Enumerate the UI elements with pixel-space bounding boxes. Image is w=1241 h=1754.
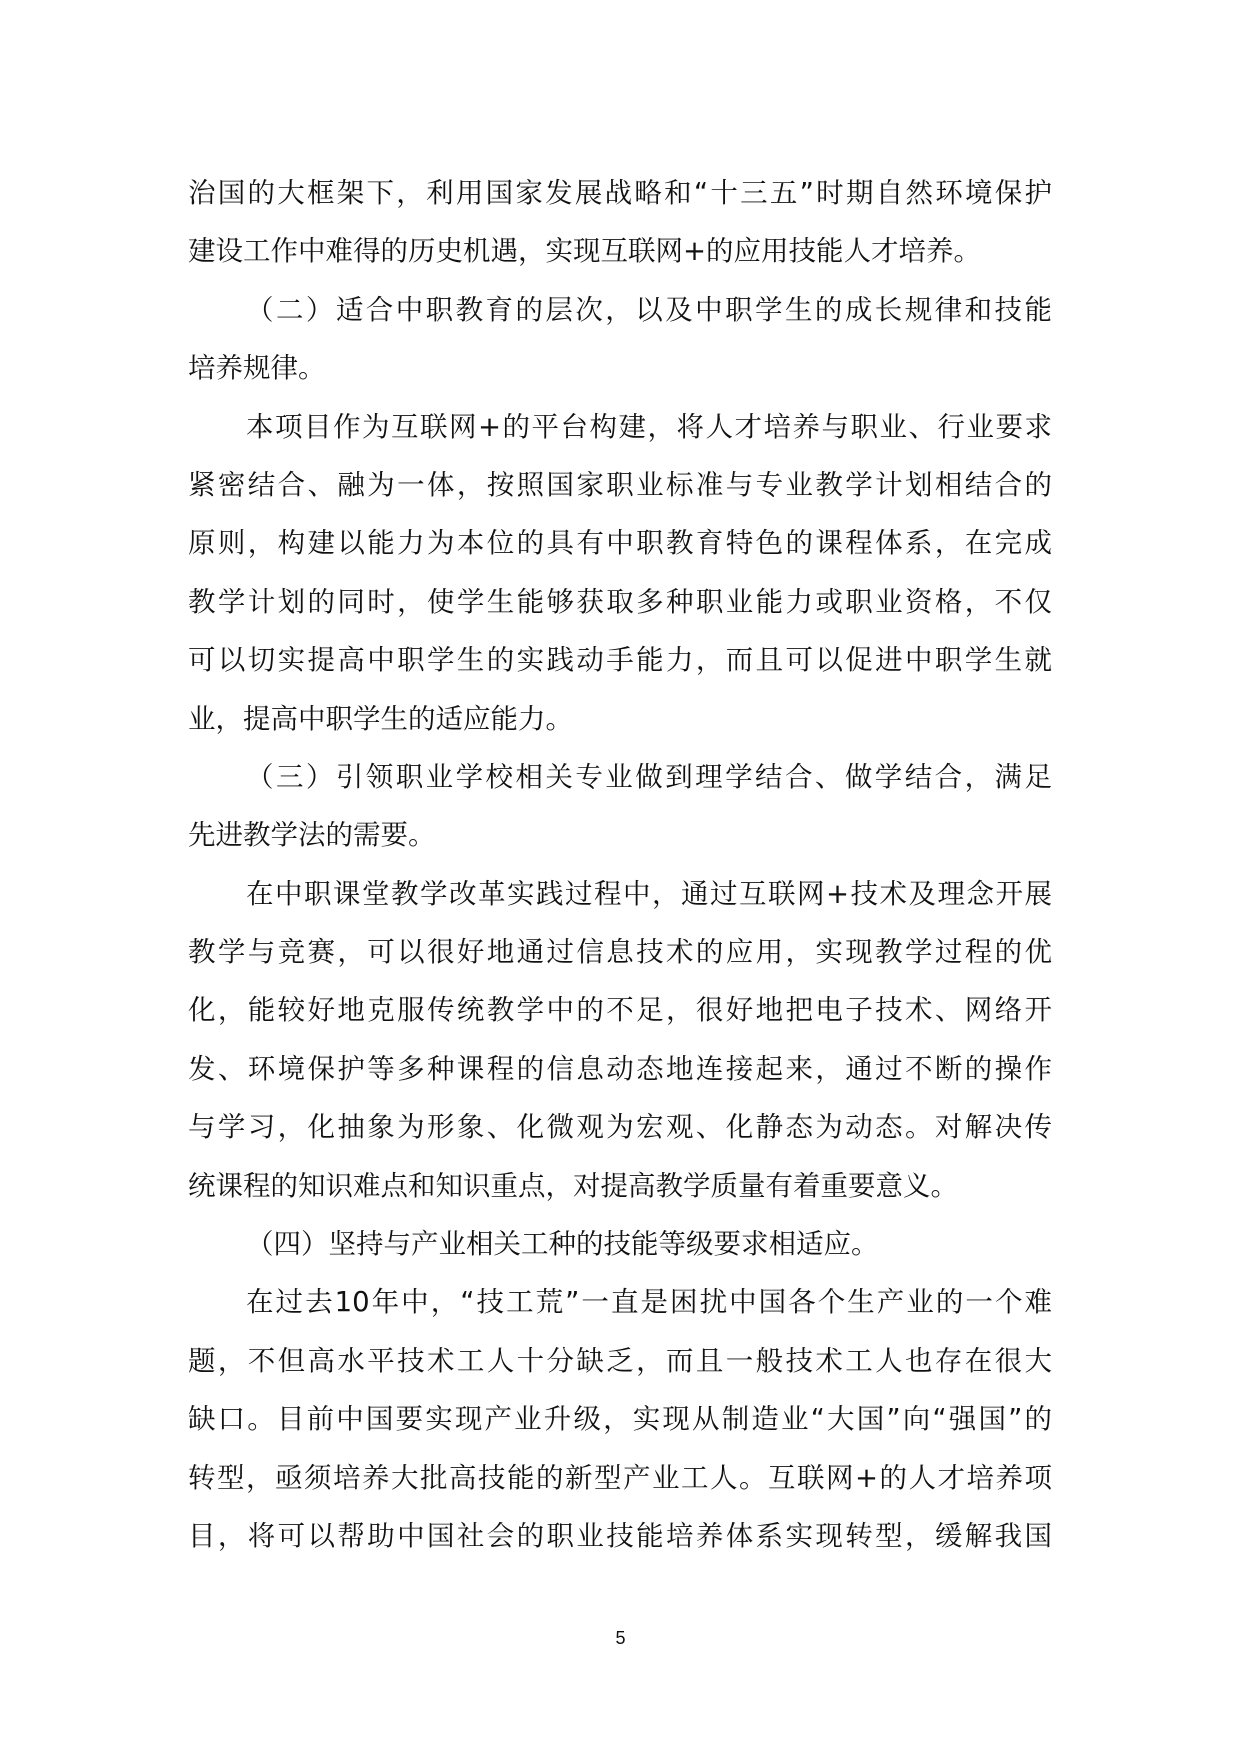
text-line: 教学计划的同时，使学生能够获取多种职业能力或职业资格，不仅 bbox=[188, 573, 1052, 631]
text-line: 紧密结合、融为一体，按照国家职业标准与专业教学计划相结合的 bbox=[188, 456, 1052, 514]
text-line: 缺口。目前中国要实现产业升级，实现从制造业“大国”向“强国”的 bbox=[188, 1390, 1052, 1448]
text-line: 建设工作中难得的历史机遇，实现互联网+的应用技能人才培养。 bbox=[188, 222, 1052, 280]
text-line: 教学与竞赛，可以很好地通过信息技术的应用，实现教学过程的优 bbox=[188, 923, 1052, 981]
section-heading-2: （二）适合中职教育的层次，以及中职学生的成长规律和技能 bbox=[188, 281, 1052, 339]
text-line: 原则，构建以能力为本位的具有中职教育特色的课程体系，在完成 bbox=[188, 514, 1052, 572]
text-line: 化，能较好地克服传统教学中的不足，很好地把电子技术、网络开 bbox=[188, 981, 1052, 1039]
document-page: 治国的大框架下，利用国家发展战略和“十三五”时期自然环境保护 建设工作中难得的历… bbox=[0, 0, 1241, 1754]
text-line: 治国的大框架下，利用国家发展战略和“十三五”时期自然环境保护 bbox=[188, 164, 1052, 222]
text-line: 可以切实提高中职学生的实践动手能力，而且可以促进中职学生就 bbox=[188, 631, 1052, 689]
text-line: 统课程的知识难点和知识重点，对提高教学质量有着重要意义。 bbox=[188, 1157, 1052, 1215]
text-line: 与学习，化抽象为形象、化微观为宏观、化静态为动态。对解决传 bbox=[188, 1098, 1052, 1156]
text-line: 培养规律。 bbox=[188, 339, 1052, 397]
text-line: 业，提高中职学生的适应能力。 bbox=[188, 690, 1052, 748]
text-line: 目，将可以帮助中国社会的职业技能培养体系实现转型，缓解我国 bbox=[188, 1507, 1052, 1565]
text-line: 发、环境保护等多种课程的信息动态地连接起来，通过不断的操作 bbox=[188, 1040, 1052, 1098]
text-line: 先进教学法的需要。 bbox=[188, 806, 1052, 864]
body-text: 治国的大框架下，利用国家发展战略和“十三五”时期自然环境保护 建设工作中难得的历… bbox=[188, 164, 1052, 1565]
paragraph-start: 在过去10年中，“技工荒”一直是困扰中国各个生产业的一个难 bbox=[188, 1273, 1052, 1331]
page-number: 5 bbox=[0, 1628, 1241, 1649]
paragraph-start: 本项目作为互联网+的平台构建，将人才培养与职业、行业要求 bbox=[188, 398, 1052, 456]
text-line: 转型，亟须培养大批高技能的新型产业工人。互联网+的人才培养项 bbox=[188, 1449, 1052, 1507]
paragraph-start: 在中职课堂教学改革实践过程中，通过互联网+技术及理念开展 bbox=[188, 865, 1052, 923]
text-line: 题，不但高水平技术工人十分缺乏，而且一般技术工人也存在很大 bbox=[188, 1332, 1052, 1390]
section-heading-4: （四）坚持与产业相关工种的技能等级要求相适应。 bbox=[188, 1215, 1052, 1273]
section-heading-3: （三）引领职业学校相关专业做到理学结合、做学结合，满足 bbox=[188, 748, 1052, 806]
